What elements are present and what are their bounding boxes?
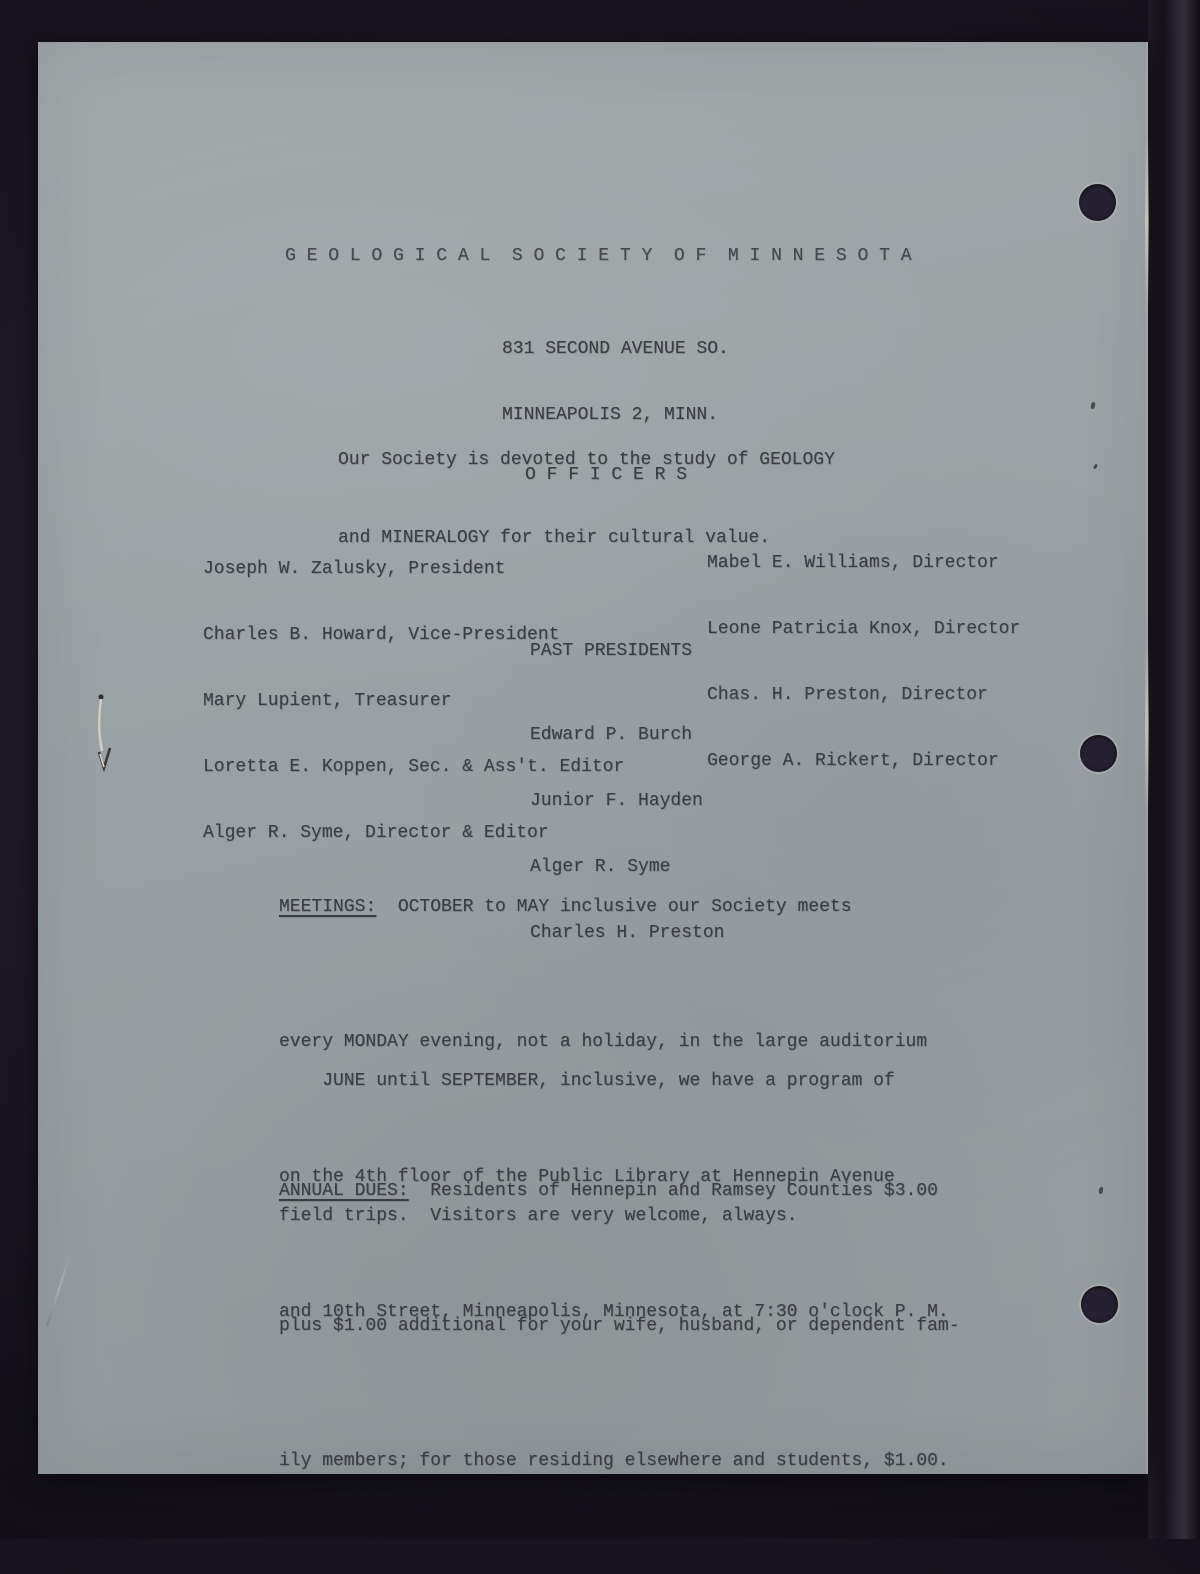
paper-sheet: G E O L O G I C A L S O C I E T Y O F M … <box>38 42 1148 1474</box>
paragraph-text: Residents of Hennepin and Ramsey Countie… <box>409 1181 938 1201</box>
officers-list-right: Mabel E. Williams, Director Leone Patric… <box>707 508 1020 816</box>
ink-speck <box>1090 402 1096 410</box>
binder-spine-shadow <box>1148 0 1200 1539</box>
paper-edge-highlight <box>1145 642 1149 812</box>
paragraph-line: ANNUAL DUES: Residents of Hennepin and R… <box>279 1169 960 1214</box>
paper-crease <box>46 1252 72 1327</box>
document-title: G E O L O G I C A L S O C I E T Y O F M … <box>285 245 912 267</box>
past-presidents-heading: PAST PRESIDENTS <box>530 640 692 662</box>
punch-hole-bottom <box>1081 1286 1118 1323</box>
address-line: 831 SECOND AVENUE SO. <box>502 338 729 360</box>
officer-entry: Chas. H. Preston, Director <box>707 684 1020 706</box>
officer-entry: Joseph W. Zalusky, President <box>203 558 624 580</box>
ink-speck <box>1098 1187 1103 1195</box>
annual-dues-paragraph: ANNUAL DUES: Residents of Hennepin and R… <box>279 1079 960 1539</box>
punch-hole-top <box>1079 184 1116 221</box>
ink-speck <box>1093 464 1098 470</box>
officers-heading: O F F I C E R S <box>525 464 687 486</box>
paragraph-line: plus $1.00 additional for your wife, hus… <box>279 1304 960 1349</box>
meetings-label: MEETINGS: <box>279 897 376 917</box>
past-president-entry: Edward P. Burch <box>530 724 724 746</box>
annual-dues-label: ANNUAL DUES: <box>279 1181 409 1201</box>
paragraph-line: ily members; for those residing elsewher… <box>279 1439 960 1484</box>
officer-entry: Mabel E. Williams, Director <box>707 552 1020 574</box>
officer-entry: Leone Patricia Knox, Director <box>707 618 1020 640</box>
officer-entry: George A. Rickert, Director <box>707 750 1020 772</box>
paragraph-text: OCTOBER to MAY inclusive our Society mee… <box>376 897 851 917</box>
paper-tear-mark <box>88 690 118 800</box>
punch-hole-middle <box>1080 735 1117 772</box>
paper-edge-highlight <box>1145 137 1149 307</box>
paragraph-line: MEETINGS: OCTOBER to MAY inclusive our S… <box>279 885 949 930</box>
